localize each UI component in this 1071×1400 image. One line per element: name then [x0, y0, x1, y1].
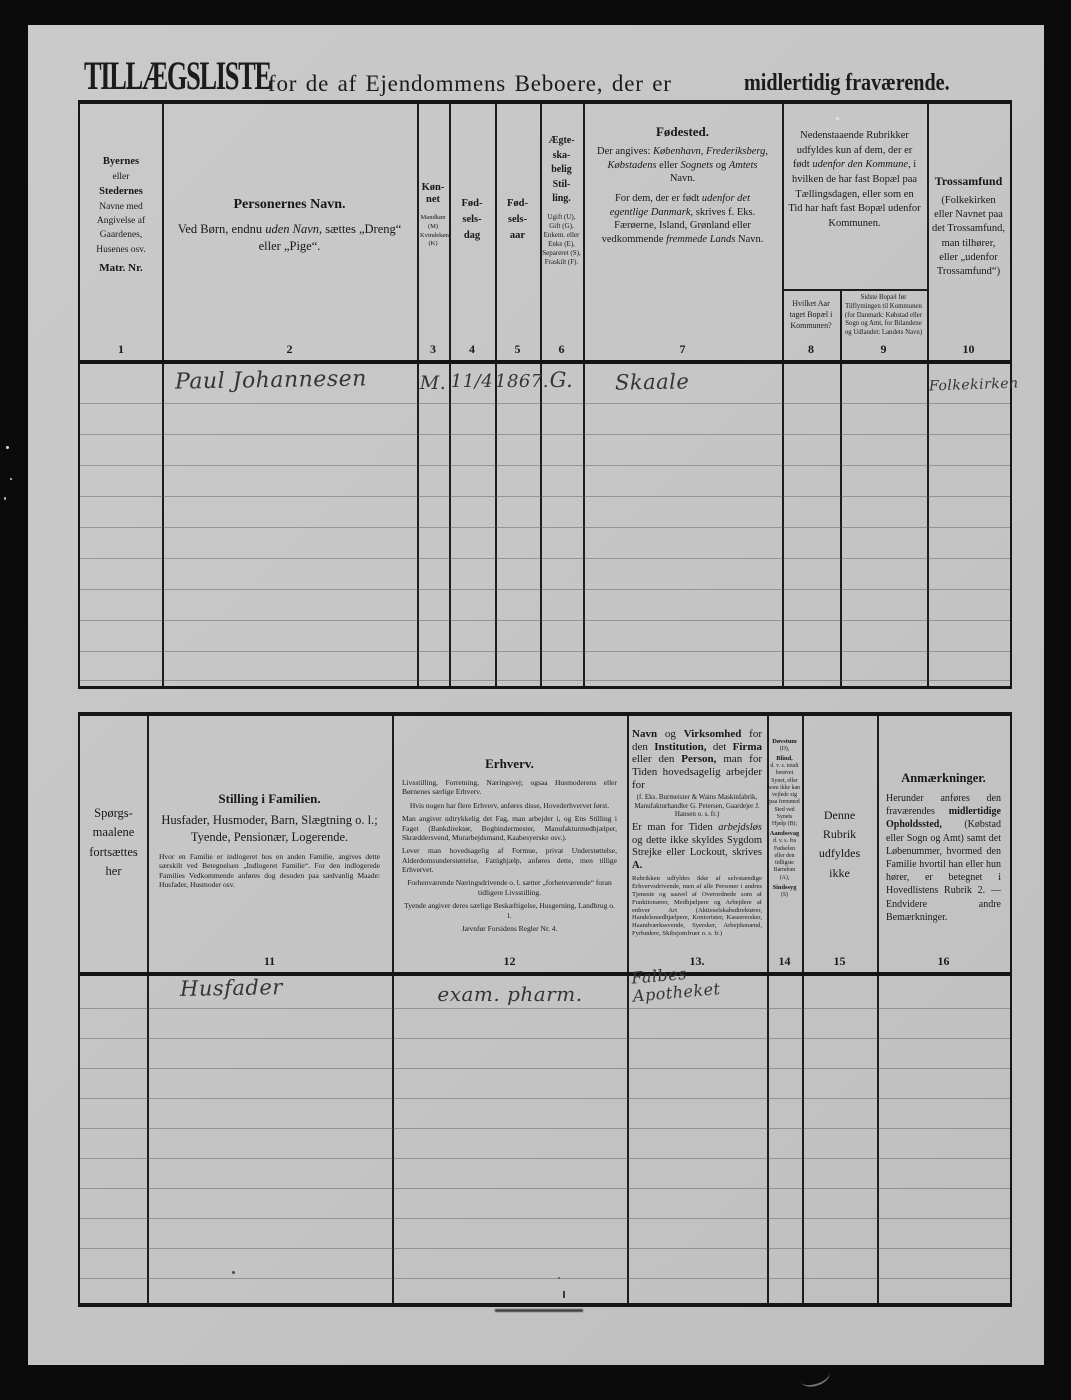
column-divider [495, 104, 497, 686]
col13-header: Navn og Virksomhed for den Institution, … [627, 728, 767, 938]
row-line [80, 434, 1010, 435]
table-upper: Byernes eller Stedernes Navne med Angive… [78, 100, 1012, 689]
form-title-end: midlertidig fraværende. [744, 70, 950, 97]
col-number: 7 [583, 342, 782, 358]
scan-artifact-speck [558, 1277, 560, 1279]
scan-artifact-tick [563, 1291, 565, 1298]
col11-header: Stilling i Familien. Husfader, Husmoder,… [147, 791, 392, 889]
row-line [80, 1008, 1010, 1009]
row-line [80, 465, 1010, 466]
scanned-document-page: { "title": { "main": "TILLÆGSLISTE", "mi… [0, 0, 1071, 1400]
row-line [80, 620, 1010, 621]
col-number: 9 [840, 342, 927, 358]
entry-marital-handwritten: G. [540, 368, 583, 392]
col4-header: Fød- sels- dag [449, 196, 495, 243]
col1-header: Byernes eller Stedernes Navne med Angive… [80, 154, 162, 276]
entry-birthplace-handwritten: Skaale [615, 369, 690, 394]
col-number: 2 [162, 342, 417, 358]
col14-header: Døvstum (D), Blind, d. v. s. totalt berø… [767, 738, 802, 899]
entry-birthday-handwritten: 11/4 [449, 371, 495, 392]
col-number: 16 [877, 954, 1010, 970]
col7-header: Fødested. Der angives: København, Freder… [583, 124, 782, 246]
col-number: 6 [540, 342, 583, 358]
col-number: 4 [449, 342, 495, 358]
col-number: 10 [927, 342, 1010, 358]
merged-header-divider [782, 289, 927, 291]
side-label: Spørgs- maalene fortsættes her [80, 804, 147, 882]
row-line [80, 527, 1010, 528]
form-title-main: TILLÆGSLISTE [84, 56, 271, 96]
entry-religion-handwritten: Folkekirken [929, 375, 1019, 394]
row-line [80, 1248, 1010, 1249]
col6-header: Ægte- ska- belig Stil- ling. Ugift (U), … [540, 134, 583, 267]
row-line [80, 403, 1010, 404]
entry-name-handwritten: Paul Johannesen [175, 366, 367, 394]
col-number: 11 [147, 954, 392, 970]
col-number: 3 [417, 342, 449, 358]
scan-artifact-squiggle [798, 1364, 832, 1390]
header-separator [80, 360, 1010, 364]
scan-artifact-speck [4, 497, 6, 500]
printer-imprint [495, 1309, 583, 1312]
col-number: 8 [782, 342, 840, 358]
entry-occupation-handwritten: exam. pharm. [410, 982, 610, 1006]
col8-subheader: Hvilket Aar taget Bopæl i Kommunen? [782, 299, 840, 331]
row-line [80, 1218, 1010, 1219]
row-line [80, 1098, 1010, 1099]
col12-header: Erhverv. Livsstilling, Forretning, Nærin… [392, 756, 627, 933]
column-divider [449, 104, 451, 686]
row-line [80, 1278, 1010, 1279]
form-title-middle: for de af Ejendommens Beboere, der er [268, 71, 672, 97]
col5-header: Fød- sels- aar [495, 196, 540, 243]
col-number: 1 [80, 342, 162, 358]
entry-position-handwritten: Husfader [180, 975, 283, 1001]
col-number: 5 [495, 342, 540, 358]
col-number: 14 [767, 954, 802, 970]
table-lower: Spørgs- maalene fortsættes her Stilling … [78, 712, 1012, 1307]
scan-artifact-speck [10, 478, 12, 480]
entry-birthyear-handwritten: 1867. [495, 371, 540, 392]
col10-header: Trossamfund (Folkekirken eller Navnet pa… [927, 174, 1010, 279]
row-line [80, 1188, 1010, 1189]
col15-header: Denne Rubrik udfyldes ikke [802, 806, 877, 883]
row-line [80, 1128, 1010, 1129]
col2-header: Personernes Navn. Ved Børn, endnu uden N… [162, 197, 417, 255]
column-divider [802, 716, 804, 1303]
col3-header: Køn- net Mandkøn (M) Kvindekøn (K) [417, 182, 449, 249]
col-number: 15 [802, 954, 877, 970]
row-line [80, 651, 1010, 652]
entry-sex-handwritten: M. [417, 372, 449, 394]
row-line [80, 680, 1010, 681]
row-line [80, 496, 1010, 497]
row-line [80, 558, 1010, 559]
col16-header: Anmærkninger. Herunder anføres den fravæ… [877, 771, 1010, 924]
row-line [80, 589, 1010, 590]
column-divider [162, 104, 164, 686]
census-form-paper: TILLÆGSLISTE for de af Ejendommens Beboe… [28, 25, 1044, 1365]
row-line [80, 1038, 1010, 1039]
scan-artifact-speck [232, 1271, 235, 1274]
col9-subheader: Sidste Bopæl før Tilflytningen til Kommu… [840, 294, 927, 338]
col-number: 12 [392, 954, 627, 970]
col8-9-merged-header: Nedenstaaende Rubrikker udfyldes kun af … [782, 129, 927, 232]
row-line [80, 1158, 1010, 1159]
scan-artifact-speck [836, 117, 839, 120]
row-line [80, 1068, 1010, 1069]
scan-artifact-speck [6, 446, 9, 449]
